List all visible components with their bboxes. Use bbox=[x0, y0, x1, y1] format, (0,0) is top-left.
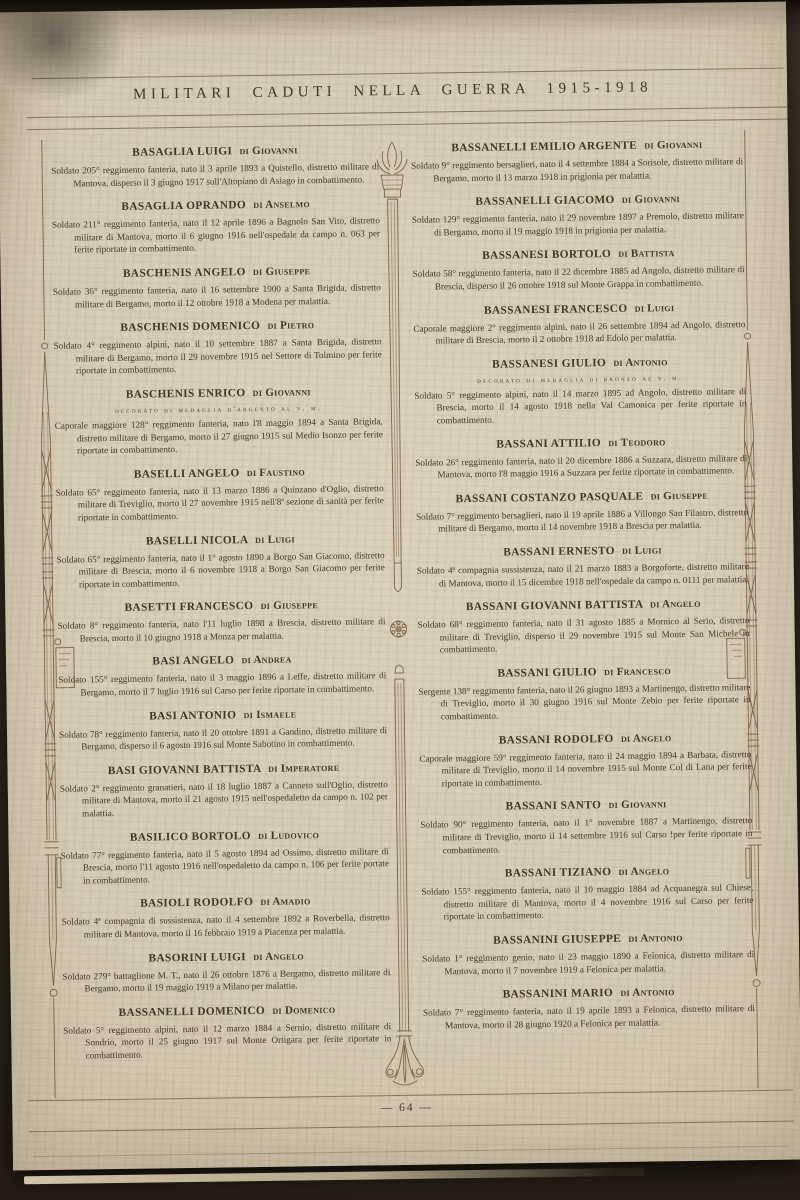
soldier-record-text: Soldato 58° reggimento fanteria, nato il… bbox=[413, 264, 745, 294]
soldier-surname-name: BASSANELLI EMILIO ARGENTE bbox=[451, 140, 637, 155]
soldier-patronymic: di Battista bbox=[618, 248, 674, 261]
soldier-name-heading: BASIOLI RODOLFO di Amadio bbox=[61, 895, 389, 913]
soldier-record-text: Soldato 211° reggimento fanteria, nato i… bbox=[52, 214, 380, 256]
soldier-patronymic: di Luigi bbox=[622, 544, 662, 557]
soldier-entry: BASSANI ERNESTO di Luigi Soldato 4ª comp… bbox=[416, 543, 749, 590]
soldier-patronymic: di Angelo bbox=[619, 865, 670, 878]
photo-background: MILITARI CADUTI NELLA GUERRA 1915-1918 B… bbox=[0, 0, 800, 1200]
soldier-patronymic: di Andrea bbox=[241, 654, 291, 667]
soldier-name-heading: BASSANELLI GIACOMO di Giovanni bbox=[412, 192, 744, 210]
soldier-entry: BASI ANTONIO di Ismaele Soldato 78° regg… bbox=[59, 707, 388, 754]
soldier-record-text: Soldato 129° reggimento fanteria, nato i… bbox=[412, 209, 744, 239]
right-column: BASSANELLI EMILIO ARGENTE di Giovanni So… bbox=[411, 138, 756, 1044]
soldier-surname-name: BASSANI RODOLFO bbox=[499, 733, 614, 747]
decoration-line: decorato di medaglia d'argento al v. m. bbox=[54, 402, 382, 416]
title-underline-1 bbox=[26, 107, 787, 119]
soldier-name-heading: BASSANI GIOVANNI BATTISTA di Angelo bbox=[417, 597, 749, 615]
soldier-surname-name: BASSANI ATTILIO bbox=[496, 437, 601, 450]
soldier-surname-name: BASSANESI BORTOLO bbox=[482, 248, 611, 262]
soldier-surname-name: BASSANI TIZIANO bbox=[505, 866, 612, 879]
soldier-name-heading: BASSANI COSTANZO PASQUALE di Giuseppe bbox=[416, 489, 748, 507]
soldier-surname-name: BASSANI ERNESTO bbox=[503, 545, 615, 559]
soldier-entry: BASSANI GIOVANNI BATTISTA di Angelo Sold… bbox=[417, 597, 750, 656]
soldier-entry: BASCHENIS ANGELO di Giuseppe Soldato 36°… bbox=[53, 264, 382, 311]
soldier-entry: BASSANI SANTO di Giovanni Soldato 90° re… bbox=[420, 798, 753, 857]
soldier-surname-name: BASSANI GIOVANNI BATTISTA bbox=[466, 599, 643, 613]
soldier-record-text: Soldato 5° reggimento alpini, nato il 12… bbox=[63, 1020, 391, 1062]
soldier-name-heading: BASAGLIA LUIGI di Giovanni bbox=[51, 143, 379, 161]
soldier-name-heading: BASETTI FRANCESCO di Giuseppe bbox=[57, 598, 385, 616]
soldier-entry: BASILICO BORTOLO di Ludovico Soldato 77°… bbox=[60, 828, 389, 887]
title-underline-2 bbox=[27, 119, 788, 131]
soldier-patronymic: di Francesco bbox=[604, 665, 671, 678]
soldier-patronymic: di Faustino bbox=[247, 466, 305, 479]
soldier-name-heading: BASSANINI GIUSEPPE di Antonio bbox=[422, 931, 754, 949]
soldier-patronymic: di Ismaele bbox=[244, 708, 297, 721]
soldier-surname-name: BASI ANGELO bbox=[152, 655, 234, 668]
soldier-patronymic: di Angelo bbox=[253, 950, 304, 963]
soldier-record-text: Soldato 68° reggimento fanteria, nato il… bbox=[417, 614, 749, 656]
page-number: — 64 — bbox=[12, 1096, 800, 1119]
soldier-surname-name: BASCHENIS DOMENICO bbox=[120, 320, 260, 334]
soldier-entry: BASELLI NICOLA di Luigi Soldato 65° regg… bbox=[56, 532, 385, 591]
soldier-record-text: Soldato 155° reggimento fanteria, nato i… bbox=[58, 670, 386, 700]
soldier-record-text: Soldato 9° reggimento bersaglieri, nato … bbox=[411, 155, 743, 185]
soldier-entry: BASI GIOVANNI BATTISTA di Imperatore Sol… bbox=[59, 761, 388, 820]
page-edge-line bbox=[33, 1146, 790, 1158]
soldier-entry: BASSANI ATTILIO di Teodoro Soldato 26° r… bbox=[415, 435, 748, 482]
soldier-entry: BASSANINI GIUSEPPE di Antonio Soldato 1°… bbox=[422, 931, 755, 978]
footer-rule-bottom bbox=[29, 1121, 794, 1133]
soldier-patronymic: di Pietro bbox=[267, 319, 314, 332]
soldier-patronymic: di Giovanni bbox=[644, 139, 702, 152]
soldier-record-text: Soldato 155° reggimento fanteria, nato i… bbox=[421, 881, 753, 923]
soldier-patronymic: di Giovanni bbox=[608, 799, 666, 812]
soldier-record-text: Soldato 7° reggimento fanteria, nato il … bbox=[423, 1002, 755, 1032]
soldier-entry: BASSANELLI EMILIO ARGENTE di Giovanni So… bbox=[411, 138, 744, 185]
soldier-patronymic: di Imperatore bbox=[268, 762, 339, 775]
soldier-surname-name: BASSANINI GIUSEPPE bbox=[493, 933, 621, 947]
soldier-entry: BASETTI FRANCESCO di Giuseppe Soldato 8°… bbox=[57, 598, 386, 645]
soldier-record-text: Soldato 8° reggimento fanteria, nato l'1… bbox=[57, 615, 385, 645]
soldier-name-heading: BASSANI RODOLFO di Angelo bbox=[419, 731, 751, 749]
soldier-name-heading: BASSANI GIULIO di Francesco bbox=[418, 664, 750, 682]
soldier-record-text: Soldato 5° reggimento alpini, nato il 14… bbox=[414, 385, 746, 427]
soldier-record-text: Soldato 205° reggimento fanteria, nato i… bbox=[51, 160, 379, 190]
soldier-surname-name: BASSANELLI DOMENICO bbox=[118, 1005, 265, 1019]
top-rule bbox=[32, 68, 784, 79]
soldier-name-heading: BASSANESI BORTOLO di Battista bbox=[412, 247, 744, 265]
soldier-record-text: Soldato 7° reggimento bersaglieri, nato … bbox=[416, 506, 748, 536]
soldier-entry: BASI ANGELO di Andrea Soldato 155° reggi… bbox=[58, 653, 387, 700]
soldier-surname-name: BASILICO BORTOLO bbox=[130, 830, 251, 844]
soldier-patronymic: di Angelo bbox=[621, 732, 672, 745]
soldier-record-text: Soldato 65° reggimento fanteria, nato il… bbox=[57, 549, 385, 591]
soldier-patronymic: di Amadio bbox=[260, 896, 310, 909]
soldier-surname-name: BASCHENIS ENRICO bbox=[126, 387, 246, 401]
soldier-name-heading: BASSANELLI EMILIO ARGENTE di Giovanni bbox=[411, 138, 743, 156]
soldier-name-heading: BASSANESI FRANCESCO di Luigi bbox=[413, 301, 745, 319]
soldier-entry: BASSANI RODOLFO di Angelo Caporale maggi… bbox=[419, 731, 752, 790]
soldier-record-text: Soldato 4ª compagnia di sussistenza, nat… bbox=[62, 912, 390, 942]
soldier-record-text: Sergente 138° reggimento fanteria, nato … bbox=[418, 681, 750, 723]
soldier-name-heading: BASSANELLI DOMENICO di Domenico bbox=[63, 1003, 391, 1021]
soldier-surname-name: BASI ANTONIO bbox=[149, 709, 236, 722]
soldier-patronymic: di Giuseppe bbox=[261, 599, 318, 612]
soldier-patronymic: di Ludovico bbox=[258, 829, 319, 842]
soldier-name-heading: BASCHENIS DOMENICO di Pietro bbox=[53, 318, 381, 336]
soldier-entry: BASAGLIA LUIGI di Giovanni Soldato 205° … bbox=[51, 143, 380, 190]
soldier-entry: BASSANESI FRANCESCO di Luigi Caporale ma… bbox=[413, 301, 746, 348]
soldier-name-heading: BASCHENIS ANGELO di Giuseppe bbox=[53, 264, 381, 282]
soldier-surname-name: BASCHENIS ANGELO bbox=[123, 266, 246, 280]
page-title: MILITARI CADUTI NELLA GUERRA 1915-1918 bbox=[0, 78, 787, 106]
soldier-patronymic: di Luigi bbox=[255, 533, 295, 546]
soldier-patronymic: di Giuseppe bbox=[253, 265, 310, 278]
soldier-record-text: Caporale maggiore 59° reggimento fanteri… bbox=[419, 748, 751, 790]
soldier-name-heading: BASSANI ATTILIO di Teodoro bbox=[415, 435, 747, 453]
soldier-name-heading: BASILICO BORTOLO di Ludovico bbox=[60, 828, 388, 846]
soldier-surname-name: BASIOLI RODOLFO bbox=[140, 896, 253, 910]
soldier-name-heading: BASI GIOVANNI BATTISTA di Imperatore bbox=[59, 761, 387, 779]
soldier-name-heading: BASSANINI MARIO di Antonio bbox=[423, 985, 755, 1003]
soldier-surname-name: BASSANI COSTANZO PASQUALE bbox=[456, 490, 644, 505]
soldier-name-heading: BASSANI SANTO di Giovanni bbox=[420, 798, 752, 816]
soldier-patronymic: di Domenico bbox=[272, 1004, 335, 1017]
soldier-entry: BASSANELLI DOMENICO di Domenico Soldato … bbox=[63, 1003, 392, 1062]
soldier-surname-name: BASELLI NICOLA bbox=[146, 534, 248, 547]
soldier-surname-name: BASAGLIA OPRANDO bbox=[121, 199, 246, 213]
soldier-patronymic: di Giuseppe bbox=[651, 489, 708, 502]
soldier-surname-name: BASSANESI FRANCESCO bbox=[484, 302, 628, 316]
soldier-name-heading: BASSANESI GIULIO di Antonio bbox=[414, 355, 746, 373]
soldier-record-text: Soldato 26° reggimento fanteria, nato il… bbox=[415, 452, 747, 482]
soldier-patronymic: di Anselmo bbox=[253, 198, 310, 211]
soldier-entry: BASSANELLI GIACOMO di Giovanni Soldato 1… bbox=[412, 192, 745, 239]
soldier-record-text: Soldato 36° reggimento fanteria, nato il… bbox=[53, 281, 381, 311]
soldier-entry: BASELLI ANGELO di Faustino Soldato 65° r… bbox=[55, 465, 384, 524]
soldier-patronymic: di Giovanni bbox=[622, 193, 680, 206]
soldier-entry: BASSANESI BORTOLO di Battista Soldato 58… bbox=[412, 247, 745, 294]
soldier-name-heading: BASI ANTONIO di Ismaele bbox=[59, 707, 387, 725]
soldier-name-heading: BASSANI TIZIANO di Angelo bbox=[421, 864, 753, 882]
soldier-surname-name: BASSANESI GIULIO bbox=[492, 357, 606, 371]
soldier-patronymic: di Teodoro bbox=[608, 436, 666, 449]
soldier-name-heading: BASI ANGELO di Andrea bbox=[58, 653, 386, 671]
soldier-entry: BASSANESI GIULIO di Antonio decorato di … bbox=[414, 355, 747, 427]
soldier-record-text: Soldato 90° reggimento fanteria, nato il… bbox=[420, 815, 752, 857]
soldier-entry: BASAGLIA OPRANDO di Anselmo Soldato 211°… bbox=[52, 197, 381, 256]
soldier-record-text: Caporale maggiore 2° reggimento alpini, … bbox=[413, 318, 745, 348]
soldier-surname-name: BASORINI LUIGI bbox=[148, 951, 246, 964]
left-column: BASAGLIA LUIGI di Giovanni Soldato 205° … bbox=[51, 143, 392, 1074]
soldier-name-heading: BASCHENIS ENRICO di Giovanni bbox=[54, 385, 382, 403]
soldier-record-text: Soldato 4° reggimento alpini, nato il 10… bbox=[54, 335, 382, 377]
soldier-surname-name: BASELLI ANGELO bbox=[134, 467, 240, 480]
soldier-surname-name: BASSANI GIULIO bbox=[497, 666, 597, 679]
soldier-entry: BASSANI GIULIO di Francesco Sergente 138… bbox=[418, 664, 751, 723]
stacked-pages-edge bbox=[24, 1168, 644, 1185]
soldier-patronymic: di Antonio bbox=[620, 986, 674, 999]
soldier-record-text: Soldato 77° reggimento fanteria, nato il… bbox=[61, 845, 389, 887]
soldier-surname-name: BASI GIOVANNI BATTISTA bbox=[108, 763, 261, 777]
soldier-record-text: Soldato 2° reggimento granatieri, nato i… bbox=[60, 778, 388, 820]
soldier-patronymic: di Luigi bbox=[635, 302, 675, 315]
soldier-name-heading: BASELLI NICOLA di Luigi bbox=[56, 532, 384, 550]
soldier-patronymic: di Antonio bbox=[628, 932, 682, 945]
book-page: MILITARI CADUTI NELLA GUERRA 1915-1918 B… bbox=[0, 2, 800, 1171]
soldier-patronymic: di Giovanni bbox=[253, 386, 311, 399]
soldier-record-text: Soldato 1° reggimento genio, nato il 23 … bbox=[422, 948, 754, 978]
soldier-entry: BASCHENIS ENRICO di Giovanni decorato di… bbox=[54, 385, 383, 457]
decoration-line: decorato di medaglia di bronzo al v. m. bbox=[414, 372, 746, 386]
soldier-entry: BASSANI TIZIANO di Angelo Soldato 155° r… bbox=[421, 864, 754, 923]
soldier-name-heading: BASELLI ANGELO di Faustino bbox=[55, 465, 383, 483]
soldier-surname-name: BASSANI SANTO bbox=[506, 800, 602, 813]
soldier-surname-name: BASETTI FRANCESCO bbox=[124, 600, 253, 614]
soldier-record-text: Soldato 78° reggimento fanteria, nato il… bbox=[59, 724, 387, 754]
soldier-patronymic: di Giovanni bbox=[239, 144, 297, 157]
soldier-entry: BASSANI COSTANZO PASQUALE di Giuseppe So… bbox=[416, 489, 749, 536]
soldier-patronymic: di Antonio bbox=[613, 356, 667, 369]
soldier-surname-name: BASSANELLI GIACOMO bbox=[475, 194, 614, 208]
soldier-entry: BASCHENIS DOMENICO di Pietro Soldato 4° … bbox=[53, 318, 382, 377]
soldier-entry: BASSANINI MARIO di Antonio Soldato 7° re… bbox=[423, 985, 756, 1032]
soldier-surname-name: BASSANINI MARIO bbox=[503, 987, 614, 1001]
soldier-name-heading: BASAGLIA OPRANDO di Anselmo bbox=[52, 197, 380, 215]
soldier-record-text: Soldato 65° reggimento fanteria, nato il… bbox=[56, 482, 384, 524]
soldier-patronymic: di Angelo bbox=[650, 598, 701, 611]
soldier-record-text: Caporale maggiore 128° reggimento fanter… bbox=[55, 415, 383, 457]
soldier-record-text: Soldato 4ª compagnia sussistenza, nato i… bbox=[417, 560, 749, 590]
soldier-record-text: Soldato 279° battaglione M. T., nato il … bbox=[62, 966, 390, 996]
soldier-surname-name: BASAGLIA LUIGI bbox=[132, 145, 232, 158]
soldier-entry: BASORINI LUIGI di Angelo Soldato 279° ba… bbox=[62, 949, 391, 996]
soldier-entry: BASIOLI RODOLFO di Amadio Soldato 4ª com… bbox=[61, 895, 390, 942]
soldier-name-heading: BASORINI LUIGI di Angelo bbox=[62, 949, 390, 967]
soldier-name-heading: BASSANI ERNESTO di Luigi bbox=[416, 543, 748, 561]
